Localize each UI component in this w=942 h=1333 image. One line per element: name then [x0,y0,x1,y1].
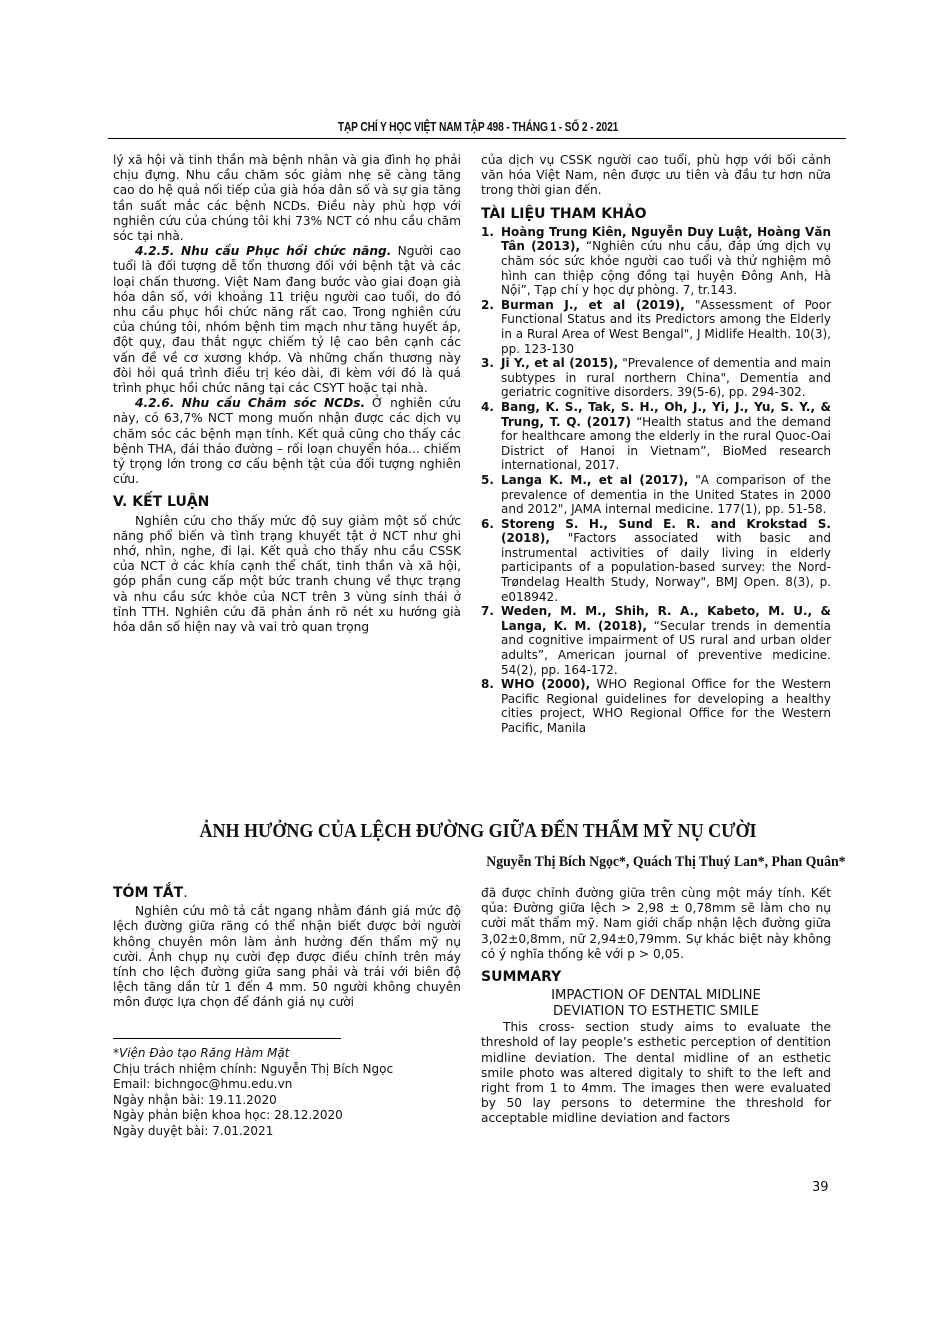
footnote-divider [113,1038,341,1039]
summary-title-line: DEVIATION TO ESTHETIC SMILE [481,1004,831,1020]
abstract-heading-dot: . [183,885,187,901]
article-authors: Nguyễn Thị Bích Ngọc*, Quách Thị Thuý La… [487,854,846,871]
reference-authors: WHO (2000), [501,677,590,691]
conclusion-paragraph: Nghiên cứu cho thấy mức độ suy giảm một … [113,514,461,636]
journal-header: TẠP CHÍ Y HỌC VIỆT NAM TẬP 498 - THÁNG 1… [175,120,782,134]
subsection-heading: 4.2.5. Nhu cầu Phục hồi chức năng. [135,244,391,258]
body-paragraph: lý xã hội và tinh thần mà bệnh nhân và g… [113,153,461,244]
abstract-heading-text: TÓM TẮT [113,885,183,901]
reference-number: 8. [481,677,494,692]
reference-item: 8.WHO (2000), WHO Regional Office for th… [481,677,831,735]
article-title: ẢNH HƯỞNG CỦA LỆCH ĐƯỜNG GIỮA ĐẾN THẨM M… [145,820,811,843]
abstract-left-column: TÓM TẮT. Nghiên cứu mô tả cắt ngang nhằm… [113,886,461,1011]
header-divider [108,138,846,139]
reference-number: 6. [481,517,494,532]
abstract-right-column: đã được chỉnh đường giữa trên cùng một m… [481,886,831,1127]
page-number: 39 [812,1180,829,1195]
reference-item: 4.Bang, K. S., Tak, S. H., Oh, J., Yi, J… [481,400,831,473]
right-column: của dịch vụ CSSK người cao tuổi, phù hợp… [481,153,831,736]
reference-authors: Langa K. M., et al (2017), [501,473,688,487]
reference-item: 3.Ji Y., et al (2015), "Prevalence of de… [481,356,831,400]
reference-authors: Ji Y., et al (2015), [501,356,618,370]
reference-item: 6.Storeng S. H., Sund E. R. and Krokstad… [481,517,831,605]
abstract-paragraph: đã được chỉnh đường giữa trên cùng một m… [481,886,831,962]
reference-number: 5. [481,473,494,488]
abstract-heading: TÓM TẮT. [113,886,461,901]
abstract-paragraph: Nghiên cứu mô tả cắt ngang nhằm đánh giá… [113,904,461,1010]
reference-item: 1.Hoàng Trung Kiên, Nguyễn Duy Luật, Hoà… [481,225,831,298]
reference-number: 4. [481,400,494,415]
reference-text: "Factors associated with basic and instr… [501,531,831,603]
responsible-author: Chịu trách nhiệm chính: Nguyễn Thị Bích … [113,1062,461,1078]
body-paragraph: của dịch vụ CSSK người cao tuổi, phù hợp… [481,153,831,199]
reference-number: 3. [481,356,494,371]
approved-date: Ngày duyệt bài: 7.01.2021 [113,1124,461,1140]
reference-item: 7.Weden, M. M., Shih, R. A., Kabeto, M. … [481,604,831,677]
reference-item: 2.Burman J., et al (2019), "Assessment o… [481,298,831,356]
references-heading: TÀI LIỆU THAM KHẢO [481,207,831,222]
reviewed-date: Ngày phản biện khoa học: 28.12.2020 [113,1108,461,1124]
reference-number: 1. [481,225,494,240]
received-date: Ngày nhận bài: 19.11.2020 [113,1093,461,1109]
summary-title-line: IMPACTION OF DENTAL MIDLINE [481,988,831,1004]
summary-heading: SUMMARY [481,970,831,985]
section-4-2-6: 4.2.6. Nhu cầu Chăm sóc NCDs. Ở nghiên c… [113,396,461,487]
reference-authors: Burman J., et al (2019), [501,298,685,312]
body-text: Người cao tuổi là đối tượng dễ tổn thươn… [113,244,461,395]
subsection-heading: 4.2.6. Nhu cầu Chăm sóc NCDs. [135,396,365,410]
section-4-2-5: 4.2.5. Nhu cầu Phục hồi chức năng. Người… [113,244,461,396]
email: Email: bichngoc@hmu.edu.vn [113,1077,461,1093]
footnotes: *Viện Đào tạo Răng Hàm Mặt Chịu trách nh… [113,1046,461,1140]
reference-number: 2. [481,298,494,313]
conclusion-heading: V. KẾT LUẬN [113,495,461,510]
affiliation: *Viện Đào tạo Răng Hàm Mặt [113,1046,461,1062]
left-column: lý xã hội và tinh thần mà bệnh nhân và g… [113,153,461,635]
reference-list: 1.Hoàng Trung Kiên, Nguyễn Duy Luật, Hoà… [481,225,831,736]
summary-paragraph: This cross- section study aims to evalua… [481,1020,831,1126]
reference-number: 7. [481,604,494,619]
reference-item: 5.Langa K. M., et al (2017), "A comparis… [481,473,831,517]
